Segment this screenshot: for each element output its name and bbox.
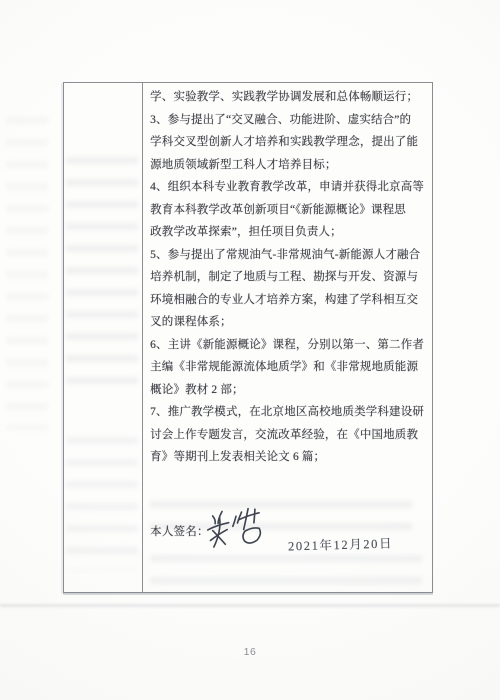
bleedthrough-artifact bbox=[6, 110, 48, 430]
text-line: 7、推广教学模式，在北京地区高校地质类学科建设研 bbox=[150, 401, 424, 424]
text-line: 政教学改革探索”，担任项目负责人； bbox=[150, 221, 424, 244]
table-left-column bbox=[64, 83, 143, 592]
text-line: 3、参与提出了“交叉融合、功能进阶、虚实结合”的 bbox=[150, 109, 424, 132]
text-line: 概论》教材 2 部； bbox=[150, 379, 424, 402]
scanned-document-page: 学、实验教学、实践教学协调发展和总体畅顺运行；3、参与提出了“交叉融合、功能进阶… bbox=[0, 0, 500, 700]
text-line: 讨会上作专题发言，交流改革经验，在《中国地质教 bbox=[150, 424, 424, 447]
text-line: 环境相融合的专业人才培养方案，构建了学科相互交 bbox=[150, 289, 424, 312]
content-text: 学、实验教学、实践教学协调发展和总体畅顺运行；3、参与提出了“交叉融合、功能进阶… bbox=[150, 86, 424, 469]
text-line: 5、参与提出了常规油气-非常规油气-新能源人才融合 bbox=[150, 244, 424, 267]
text-line: 6、主讲《新能源概论》课程，分别以第一、第二作者 bbox=[150, 334, 424, 357]
text-line: 4、组织本科专业教育教学改革，申请并获得北京高等 bbox=[150, 176, 424, 199]
text-line: 叉的课程体系； bbox=[150, 311, 424, 334]
signature-label: 本人签名： bbox=[150, 523, 209, 539]
text-line: 学科交叉型创新人才培养和实践教学理念，提出了能 bbox=[150, 131, 424, 154]
scan-fold-line bbox=[0, 604, 500, 607]
signature-row: 本人签名： bbox=[150, 511, 422, 585]
text-line: 主编《非常规能源流体地质学》和《非常规地质能源 bbox=[150, 356, 424, 379]
text-line: 培养机制，制定了地质与工程、勘探与开发、资源与 bbox=[150, 266, 424, 289]
form-table: 学、实验教学、实践教学协调发展和总体畅顺运行；3、参与提出了“交叉融合、功能进阶… bbox=[63, 82, 433, 593]
page-number: 16 bbox=[0, 646, 500, 658]
text-line: 源地质领域新型工科人才培养目标； bbox=[150, 154, 424, 177]
text-line: 学、实验教学、实践教学协调发展和总体畅顺运行； bbox=[150, 86, 424, 109]
text-line: 育》等期刊上发表相关论文 6 篇； bbox=[150, 446, 424, 469]
table-content-cell: 学、实验教学、实践教学协调发展和总体畅顺运行；3、参与提出了“交叉融合、功能进阶… bbox=[143, 83, 432, 592]
handwritten-date: 2021年12月20日 bbox=[288, 534, 394, 555]
text-line: 教育本科教学改革创新项目“《新能源概论》课程思 bbox=[150, 199, 424, 222]
handwritten-signature bbox=[204, 505, 266, 555]
